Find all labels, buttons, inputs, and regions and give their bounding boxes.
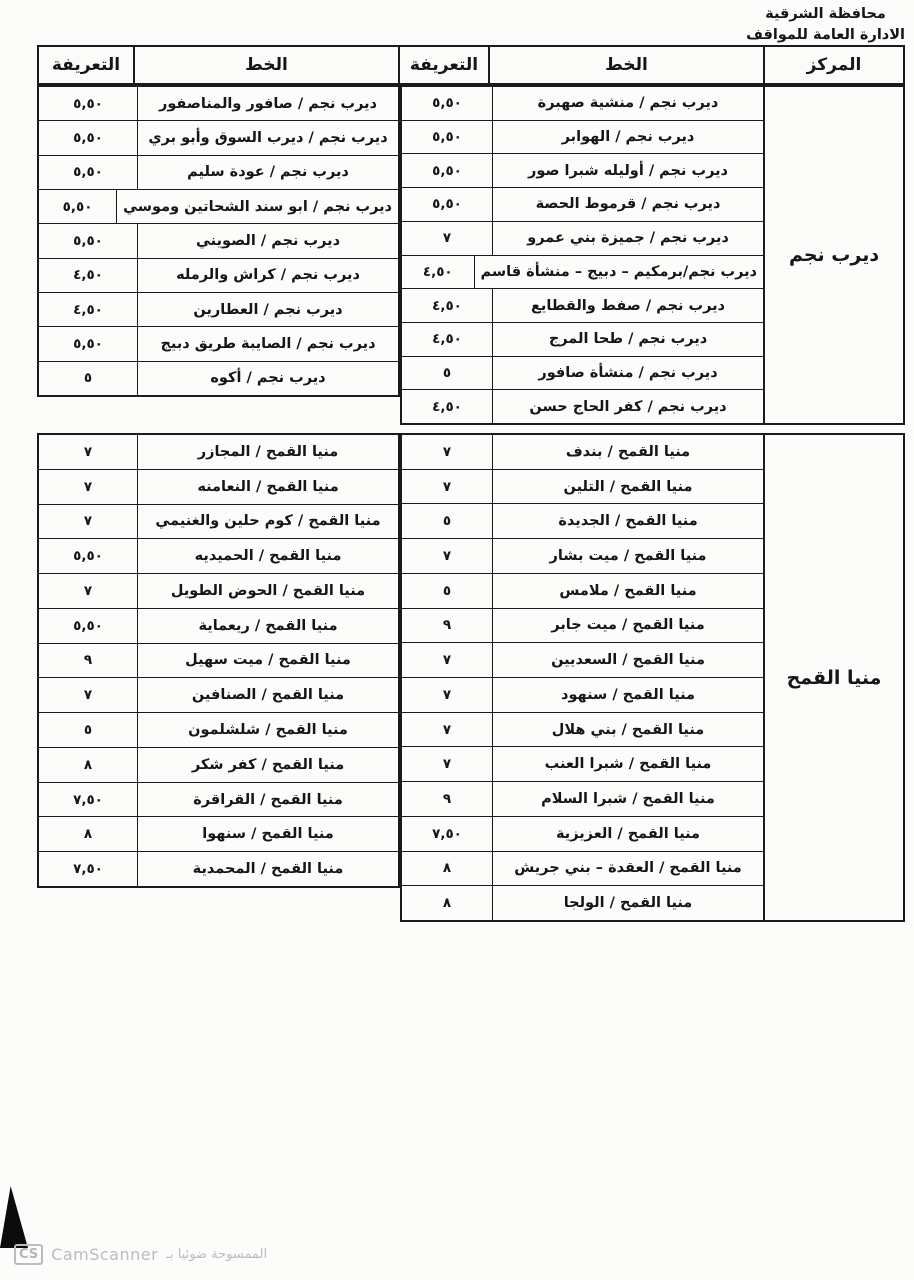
table-row: ديرب نجم / صفط والقطايع٤,٥٠ xyxy=(402,288,763,322)
header-center: المركز xyxy=(763,47,903,83)
tariff-cell: ٧,٥٠ xyxy=(39,783,137,817)
table-row: منيا القمح / ميت بشار٧ xyxy=(402,538,763,573)
table-row: ديرب نجم / عودة سليم٥,٥٠ xyxy=(39,155,398,189)
route-cell: ديرب نجم / قرموط الحصة xyxy=(492,188,763,221)
page-corner-fold-artifact xyxy=(0,1186,28,1248)
table-row: ديرب نجم / كفر الحاج حسن٤,٥٠ xyxy=(402,389,763,423)
route-cell: ديرب نجم / صفط والقطايع xyxy=(492,289,763,322)
route-cell: منيا القمح / العزيزية xyxy=(492,817,763,851)
table-row: ديرب نجم / جميزة بني عمرو٧ xyxy=(402,221,763,255)
table-row: منيا القمح / العقدة – بني جريش٨ xyxy=(402,851,763,886)
table-row: منيا القمح / شبرا العنب٧ xyxy=(402,746,763,781)
table-row: منيا القمح / الحوض الطويل٧ xyxy=(39,573,398,608)
table-row: ديرب نجم / قرموط الحصة٥,٥٠ xyxy=(402,187,763,221)
route-cell: منيا القمح / ميت بشار xyxy=(492,539,763,573)
table-row: منيا القمح / كفر شكر٨ xyxy=(39,747,398,782)
route-cell: منيا القمح / ريعماية xyxy=(137,609,398,643)
table-row: منيا القمح / ريعماية٥,٥٠ xyxy=(39,608,398,643)
tariff-cell: ٧,٥٠ xyxy=(402,817,492,851)
tariff-cell: ٧ xyxy=(402,747,492,781)
header-route-outer: الخط xyxy=(133,47,398,83)
route-cell: منيا القمح / السعديين xyxy=(492,643,763,677)
tariff-cell: ٧ xyxy=(39,678,137,712)
tariff-cell: ٥,٥٠ xyxy=(39,539,137,573)
route-cell: منيا القمح / بندف xyxy=(492,435,763,469)
route-cell: ديرب نجم / طحا المرج xyxy=(492,323,763,356)
header-tariff-outer: التعريفة xyxy=(39,47,133,83)
table-row: منيا القمح / السعديين٧ xyxy=(402,642,763,677)
route-cell: ديرب نجم / صافور والمناصفور xyxy=(137,87,398,120)
table-row: ديرب نجم / منشأة صافور٥ xyxy=(402,356,763,390)
tariff-cell: ٥,٥٠ xyxy=(39,327,137,360)
route-cell: ديرب نجم / ديرب السوق وأبو بري xyxy=(137,121,398,154)
route-cell: منيا القمح / الجديدة xyxy=(492,504,763,538)
tariff-cell: ٨ xyxy=(402,886,492,920)
route-cell: منيا القمح / ميت جابر xyxy=(492,609,763,643)
tariff-cell: ٤,٥٠ xyxy=(39,259,137,292)
route-cell: منيا القمح / بني هلال xyxy=(492,713,763,747)
tariff-cell: ٩ xyxy=(402,609,492,643)
table-row: منيا القمح / ميت سهيل٩ xyxy=(39,643,398,678)
tariff-cell: ٥,٥٠ xyxy=(39,87,137,120)
section2-outer-routes-table: منيا القمح / المجازر٧منيا القمح / النعام… xyxy=(37,433,400,888)
tariff-cell: ٥ xyxy=(402,504,492,538)
table-row: منيا القمح / شبرا السلام٩ xyxy=(402,781,763,816)
route-cell: منيا القمح / كوم حلين والغنيمي xyxy=(137,505,398,539)
table-row: منيا القمح / سنهوا٨ xyxy=(39,816,398,851)
table-row: منيا القمح / النعامنه٧ xyxy=(39,469,398,504)
route-cell: ديرب نجم / ابو سند الشحاتين وموسي xyxy=(116,190,398,223)
table-row: منيا القمح / شلشلمون٥ xyxy=(39,712,398,747)
route-cell: منيا القمح / شلشلمون xyxy=(137,713,398,747)
section2-center-cell: منيا القمح xyxy=(765,433,905,922)
table-row: منيا القمح / سنهود٧ xyxy=(402,677,763,712)
governorate-title: محافظة الشرقية xyxy=(746,4,905,25)
tariff-cell: ٧ xyxy=(39,574,137,608)
route-cell: منيا القمح / ملامس xyxy=(492,574,763,608)
route-cell: ديرب نجم / منشية صهبرة xyxy=(492,87,763,120)
tariff-cell: ٥,٥٠ xyxy=(402,154,492,187)
tariff-cell: ٤,٥٠ xyxy=(402,256,474,289)
tariff-cell: ٧ xyxy=(402,713,492,747)
tariff-cell: ٧ xyxy=(402,470,492,504)
table-row: منيا القمح / بندف٧ xyxy=(402,435,763,469)
route-cell: ديرب نجم / أوليله شبرا صور xyxy=(492,154,763,187)
table-row: منيا القمح / المحمدية٧,٥٠ xyxy=(39,851,398,886)
route-cell: منيا القمح / الحميديه xyxy=(137,539,398,573)
table-row: ديرب نجم / الهوابر٥,٥٠ xyxy=(402,120,763,154)
header-route-inner: الخط xyxy=(488,47,763,83)
tariff-cell: ٧ xyxy=(402,222,492,255)
tariff-cell: ٤,٥٠ xyxy=(402,390,492,423)
tariff-cell: ٥,٥٠ xyxy=(402,121,492,154)
section1-center-cell: ديرب نجم xyxy=(765,85,905,425)
tariff-cell: ٤,٥٠ xyxy=(402,323,492,356)
tariff-cell: ٥ xyxy=(39,362,137,395)
route-cell: منيا القمح / المحمدية xyxy=(137,852,398,886)
tariff-cell: ٧ xyxy=(39,505,137,539)
route-cell: منيا القمح / سنهود xyxy=(492,678,763,712)
route-cell: منيا القمح / التلين xyxy=(492,470,763,504)
tariff-cell: ٥ xyxy=(39,713,137,747)
section1-outer-routes-table: ديرب نجم / صافور والمناصفور٥,٥٠ديرب نجم … xyxy=(37,85,400,397)
table-row: ديرب نجم / منشية صهبرة٥,٥٠ xyxy=(402,87,763,120)
route-cell: منيا القمح / الصنافين xyxy=(137,678,398,712)
route-cell: ديرب نجم / الصويني xyxy=(137,224,398,257)
table-row: ديرب نجم/برمكيم – دبيج – منشأة قاسم٤,٥٠ xyxy=(402,255,763,289)
table-row: منيا القمح / الحميديه٥,٥٠ xyxy=(39,538,398,573)
table-row: ديرب نجم / أوليله شبرا صور٥,٥٠ xyxy=(402,153,763,187)
section2-inner-routes-table: منيا القمح / بندف٧منيا القمح / التلين٧من… xyxy=(400,433,765,922)
tariff-cell: ٤,٥٠ xyxy=(402,289,492,322)
table-row: ديرب نجم / العطارين٤,٥٠ xyxy=(39,292,398,326)
tariff-cell: ٧ xyxy=(402,435,492,469)
tariff-cell: ٧,٥٠ xyxy=(39,852,137,886)
tariff-cell: ٥,٥٠ xyxy=(402,87,492,120)
route-cell: منيا القمح / النعامنه xyxy=(137,470,398,504)
table-row: منيا القمح / ملامس٥ xyxy=(402,573,763,608)
table-row: منيا القمح / التلين٧ xyxy=(402,469,763,504)
route-cell: منيا القمح / العقدة – بني جريش xyxy=(492,852,763,886)
table-row: ديرب نجم / ابو سند الشحاتين وموسي٥,٥٠ xyxy=(39,189,398,223)
tariff-cell: ٥,٥٠ xyxy=(39,121,137,154)
tariff-cell: ٨ xyxy=(39,817,137,851)
camscanner-watermark: CS CamScanner الممسوحة ضوئيا بـ xyxy=(14,1240,267,1268)
table-row: منيا القمح / الصنافين٧ xyxy=(39,677,398,712)
tariff-cell: ٧ xyxy=(402,643,492,677)
route-cell: منيا القمح / شبرا السلام xyxy=(492,782,763,816)
route-cell: ديرب نجم / كراش والرمله xyxy=(137,259,398,292)
table-row: منيا القمح / كوم حلين والغنيمي٧ xyxy=(39,504,398,539)
scanned-with-text: الممسوحة ضوئيا بـ xyxy=(166,1247,267,1262)
route-cell: ديرب نجم / أكوه xyxy=(137,362,398,395)
table-row: ديرب نجم / أكوه٥ xyxy=(39,361,398,395)
camscanner-logo-icon: CS xyxy=(14,1244,43,1265)
table-row: منيا القمح / العزيزية٧,٥٠ xyxy=(402,816,763,851)
table-row: منيا القمح / بني هلال٧ xyxy=(402,712,763,747)
tariff-table-header-row: المركز الخط التعريفة الخط التعريفة xyxy=(37,45,905,85)
route-cell: منيا القمح / القراقرة xyxy=(137,783,398,817)
route-cell: منيا القمح / كفر شكر xyxy=(137,748,398,782)
header-tariff-inner: التعريفة xyxy=(398,47,488,83)
route-cell: ديرب نجم / عودة سليم xyxy=(137,156,398,189)
table-row: منيا القمح / الجديدة٥ xyxy=(402,503,763,538)
route-cell: منيا القمح / سنهوا xyxy=(137,817,398,851)
route-cell: ديرب نجم / منشأة صافور xyxy=(492,357,763,390)
tariff-cell: ٧ xyxy=(402,539,492,573)
route-cell: ديرب نجم / العطارين xyxy=(137,293,398,326)
route-cell: منيا القمح / الحوض الطويل xyxy=(137,574,398,608)
route-cell: منيا القمح / ميت سهيل xyxy=(137,644,398,678)
table-row: منيا القمح / المجازر٧ xyxy=(39,435,398,469)
section1-inner-routes-table: ديرب نجم / منشية صهبرة٥,٥٠ديرب نجم / اله… xyxy=(400,85,765,425)
governorate-header: محافظة الشرقية الادارة العامة للمواقف xyxy=(746,4,905,50)
route-cell: منيا القمح / المجازر xyxy=(137,435,398,469)
route-cell: ديرب نجم/برمكيم – دبيج – منشأة قاسم xyxy=(474,256,763,289)
tariff-cell: ٥,٥٠ xyxy=(39,609,137,643)
tariff-cell: ٥ xyxy=(402,574,492,608)
route-cell: منيا القمح / شبرا العنب xyxy=(492,747,763,781)
table-row: منيا القمح / القراقرة٧,٥٠ xyxy=(39,782,398,817)
tariff-cell: ٨ xyxy=(39,748,137,782)
tariff-cell: ٧ xyxy=(39,470,137,504)
tariff-cell: ٩ xyxy=(39,644,137,678)
route-cell: ديرب نجم / كفر الحاج حسن xyxy=(492,390,763,423)
tariff-cell: ٨ xyxy=(402,852,492,886)
tariff-cell: ٥,٥٠ xyxy=(39,190,116,223)
tariff-cell: ٥,٥٠ xyxy=(39,156,137,189)
tariff-cell: ٥,٥٠ xyxy=(39,224,137,257)
table-row: ديرب نجم / طحا المرج٤,٥٠ xyxy=(402,322,763,356)
table-row: ديرب نجم / صافور والمناصفور٥,٥٠ xyxy=(39,87,398,120)
tariff-cell: ٤,٥٠ xyxy=(39,293,137,326)
tariff-cell: ٥,٥٠ xyxy=(402,188,492,221)
scanned-document-page: { "doc_header": { "line1": "محافظة الشرق… xyxy=(0,0,914,1280)
table-row: ديرب نجم / ديرب السوق وأبو بري٥,٥٠ xyxy=(39,120,398,154)
tariff-cell: ٥ xyxy=(402,357,492,390)
route-cell: منيا القمح / الولجا xyxy=(492,886,763,920)
table-row: ديرب نجم / كراش والرمله٤,٥٠ xyxy=(39,258,398,292)
table-row: ديرب نجم / الصايبة طريق دبيج٥,٥٠ xyxy=(39,326,398,360)
table-row: ديرب نجم / الصويني٥,٥٠ xyxy=(39,223,398,257)
route-cell: ديرب نجم / الهوابر xyxy=(492,121,763,154)
tariff-cell: ٧ xyxy=(402,678,492,712)
tariff-cell: ٩ xyxy=(402,782,492,816)
route-cell: ديرب نجم / جميزة بني عمرو xyxy=(492,222,763,255)
table-row: منيا القمح / ميت جابر٩ xyxy=(402,608,763,643)
tariff-cell: ٧ xyxy=(39,435,137,469)
route-cell: ديرب نجم / الصايبة طريق دبيج xyxy=(137,327,398,360)
camscanner-brand: CamScanner xyxy=(51,1245,158,1264)
table-row: منيا القمح / الولجا٨ xyxy=(402,885,763,920)
